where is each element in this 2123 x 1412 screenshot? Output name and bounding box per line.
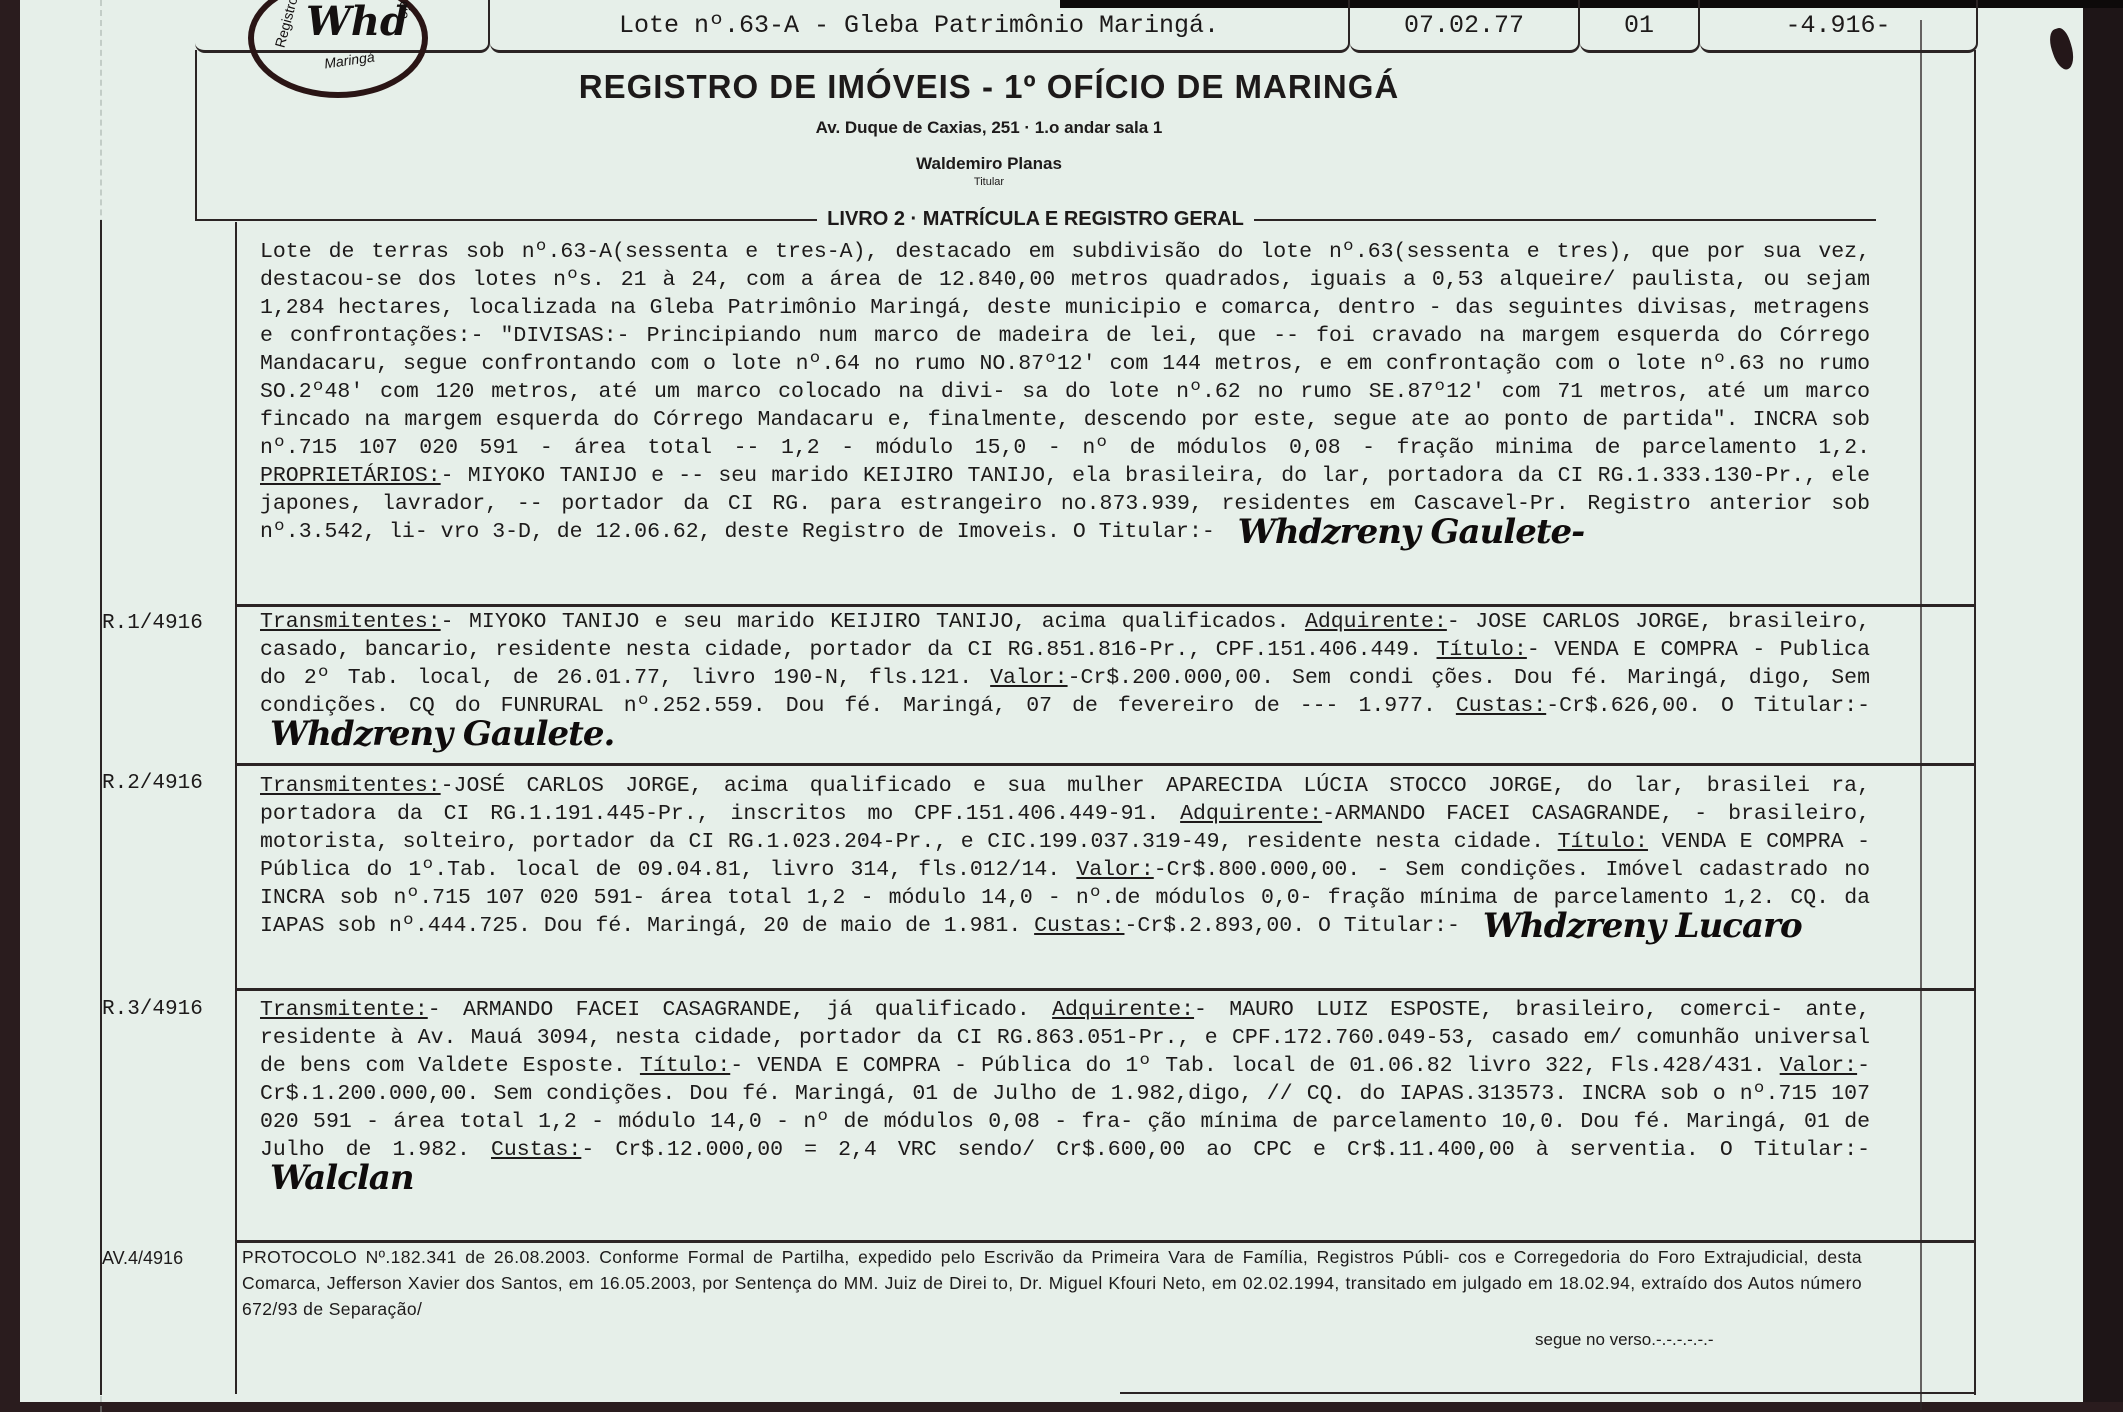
entry-label-r3: R.3/4916 bbox=[100, 998, 237, 1021]
letterhead: REGISTRO DE IMÓVEIS - 1º OFÍCIO DE MARIN… bbox=[100, 56, 1878, 188]
stamp-signature: Whd bbox=[306, 0, 408, 45]
transmitentes-label: Transmitentes: bbox=[260, 774, 441, 798]
custas-label: Custas: bbox=[491, 1138, 581, 1162]
letterhead-border-right bbox=[1974, 50, 1976, 220]
adquirente-label: Adquirente: bbox=[1305, 610, 1447, 634]
description-text: Lote de terras sob nº.63-A(sessenta e tr… bbox=[260, 240, 1870, 460]
book-title: LIVRO 2 · MATRÍCULA E REGISTRO GERAL bbox=[817, 208, 1254, 231]
transmitente-label: Transmitente: bbox=[260, 998, 428, 1022]
custas-text: -Cr$.626,00. O Titular:- bbox=[1546, 694, 1870, 718]
valor-label: Valor: bbox=[990, 666, 1067, 690]
custas-label: Custas: bbox=[1034, 914, 1124, 938]
body-border-right bbox=[1974, 220, 1976, 1395]
titular-signature: Whdzreny Gaulete- bbox=[1238, 512, 1585, 552]
property-description: Lote de terras sob nº.63-A(sessenta e tr… bbox=[260, 238, 1870, 546]
entry-label-r1: R.1/4916 bbox=[100, 612, 237, 635]
entry-av4: PROTOCOLO Nº.182.341 de 26.08.2003. Conf… bbox=[242, 1244, 1862, 1322]
registration-date: 07.02.77 bbox=[1404, 11, 1524, 40]
custas-text: - Cr$.12.000,00 = 2,4 VRC sendo/ Cr$.600… bbox=[581, 1138, 1870, 1162]
titular-signature: Whdzreny Gaulete. bbox=[270, 714, 614, 754]
titular-signature: Walclan bbox=[270, 1158, 414, 1198]
titular-name: Waldemiro Planas bbox=[100, 154, 1878, 174]
valor-label: Valor: bbox=[1076, 858, 1153, 882]
stamp-ring-text-left: Registro bbox=[272, 0, 301, 49]
titular-signature: Whdzreny Lucaro bbox=[1483, 906, 1802, 946]
row-divider-3 bbox=[235, 988, 1976, 991]
row-divider-1 bbox=[235, 604, 1976, 607]
entry-label-av4: AV.4/4916 bbox=[100, 1248, 237, 1269]
continued-on-back-note: segue no verso.-.-.-.-.-.- bbox=[1535, 1330, 1714, 1350]
titulo-label: Título: bbox=[1558, 830, 1648, 854]
lot-title: Lote nº.63-A - Gleba Patrimônio Maringá. bbox=[619, 11, 1219, 40]
row-divider-4 bbox=[235, 1240, 1976, 1243]
transmitente-text: - ARMANDO FACEI CASAGRANDE, já qualifica… bbox=[428, 998, 1030, 1022]
owners-label: PROPRIETÁRIOS: bbox=[260, 464, 441, 488]
scan-edge-bottom bbox=[0, 1402, 2123, 1412]
lot-title-cell: Lote nº.63-A - Gleba Patrimônio Maringá. bbox=[490, 0, 1350, 53]
adquirente-label: Adquirente: bbox=[1180, 802, 1322, 826]
custas-text: -Cr$.2.893,00. O Titular:- bbox=[1124, 914, 1459, 938]
scan-edge-right bbox=[2083, 0, 2123, 1412]
book-heading-rule-right bbox=[1254, 219, 1876, 221]
transmitentes-text: - MIYOKO TANIJO e seu marido KEIJIRO TAN… bbox=[441, 610, 1290, 634]
sheet-cell: 01 bbox=[1580, 0, 1700, 53]
office-address: Av. Duque de Caxias, 251 · 1.o andar sal… bbox=[100, 118, 1878, 138]
titulo-label: Título: bbox=[640, 1054, 730, 1078]
matricula-cell: -4.916- bbox=[1700, 0, 1978, 53]
matricula-number: -4.916- bbox=[1785, 11, 1890, 40]
sheet-number: 01 bbox=[1624, 11, 1654, 40]
registry-form: Lote nº.63-A - Gleba Patrimônio Maringá.… bbox=[100, 0, 1878, 1395]
bottom-rule bbox=[1120, 1392, 1976, 1394]
label-column-divider bbox=[235, 222, 237, 1394]
transmitentes-label: Transmitentes: bbox=[260, 610, 441, 634]
entry-r1: Transmitentes:- MIYOKO TANIJO e seu mari… bbox=[260, 608, 1870, 748]
book-heading-rule-left bbox=[195, 219, 817, 221]
body-border-left bbox=[100, 220, 102, 1395]
owners-text: - MIYOKO TANIJO e -- seu marido KEIJIRO … bbox=[260, 464, 1870, 544]
titular-role: Titular bbox=[100, 176, 1878, 188]
entry-r2: Transmitentes:-JOSÉ CARLOS JORGE, acima … bbox=[260, 772, 1870, 940]
adquirente-label: Adquirente: bbox=[1052, 998, 1194, 1022]
valor-label: Valor: bbox=[1780, 1054, 1857, 1078]
date-cell: 07.02.77 bbox=[1350, 0, 1580, 53]
scan-edge-left bbox=[0, 0, 20, 1412]
entry-label-r2: R.2/4916 bbox=[100, 772, 237, 795]
book-heading: LIVRO 2 · MATRÍCULA E REGISTRO GERAL bbox=[100, 208, 1878, 231]
custas-label: Custas: bbox=[1456, 694, 1546, 718]
titulo-label: Título: bbox=[1437, 638, 1527, 662]
titulo-text: - VENDA E COMPRA - Pública do 1º Tab. lo… bbox=[730, 1054, 1765, 1078]
stamp-ring-text-right: cio bbox=[397, 1, 413, 19]
row-divider-2 bbox=[235, 763, 1976, 766]
ink-blot bbox=[2046, 26, 2078, 72]
entry-r3: Transmitente:- ARMANDO FACEI CASAGRANDE,… bbox=[260, 996, 1870, 1192]
office-title: REGISTRO DE IMÓVEIS - 1º OFÍCIO DE MARIN… bbox=[100, 68, 1878, 106]
margin-guide-right bbox=[1920, 20, 1922, 1410]
